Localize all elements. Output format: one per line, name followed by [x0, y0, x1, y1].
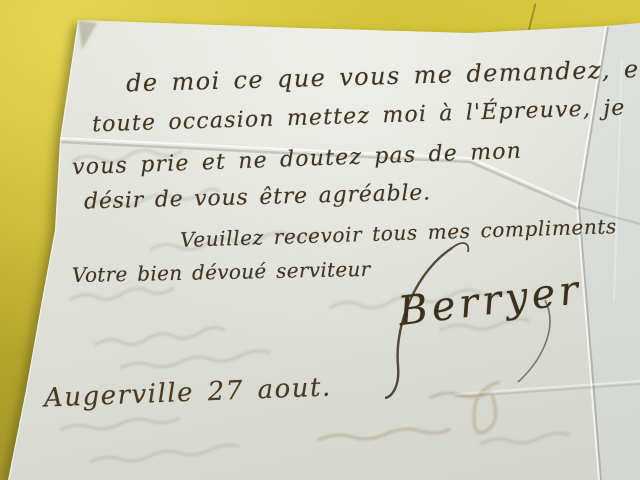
- ink-showthrough-brown: [318, 382, 500, 440]
- letter-paper: de moi ce que vous me demandez, en toute…: [0, 0, 640, 480]
- paper-shadow: de moi ce que vous me demandez, en toute…: [0, 0, 640, 480]
- letter-photo: de moi ce que vous me demandez, en toute…: [0, 0, 640, 480]
- corner-shadow: [78, 20, 97, 50]
- folded-leaf-tint: [578, 23, 640, 480]
